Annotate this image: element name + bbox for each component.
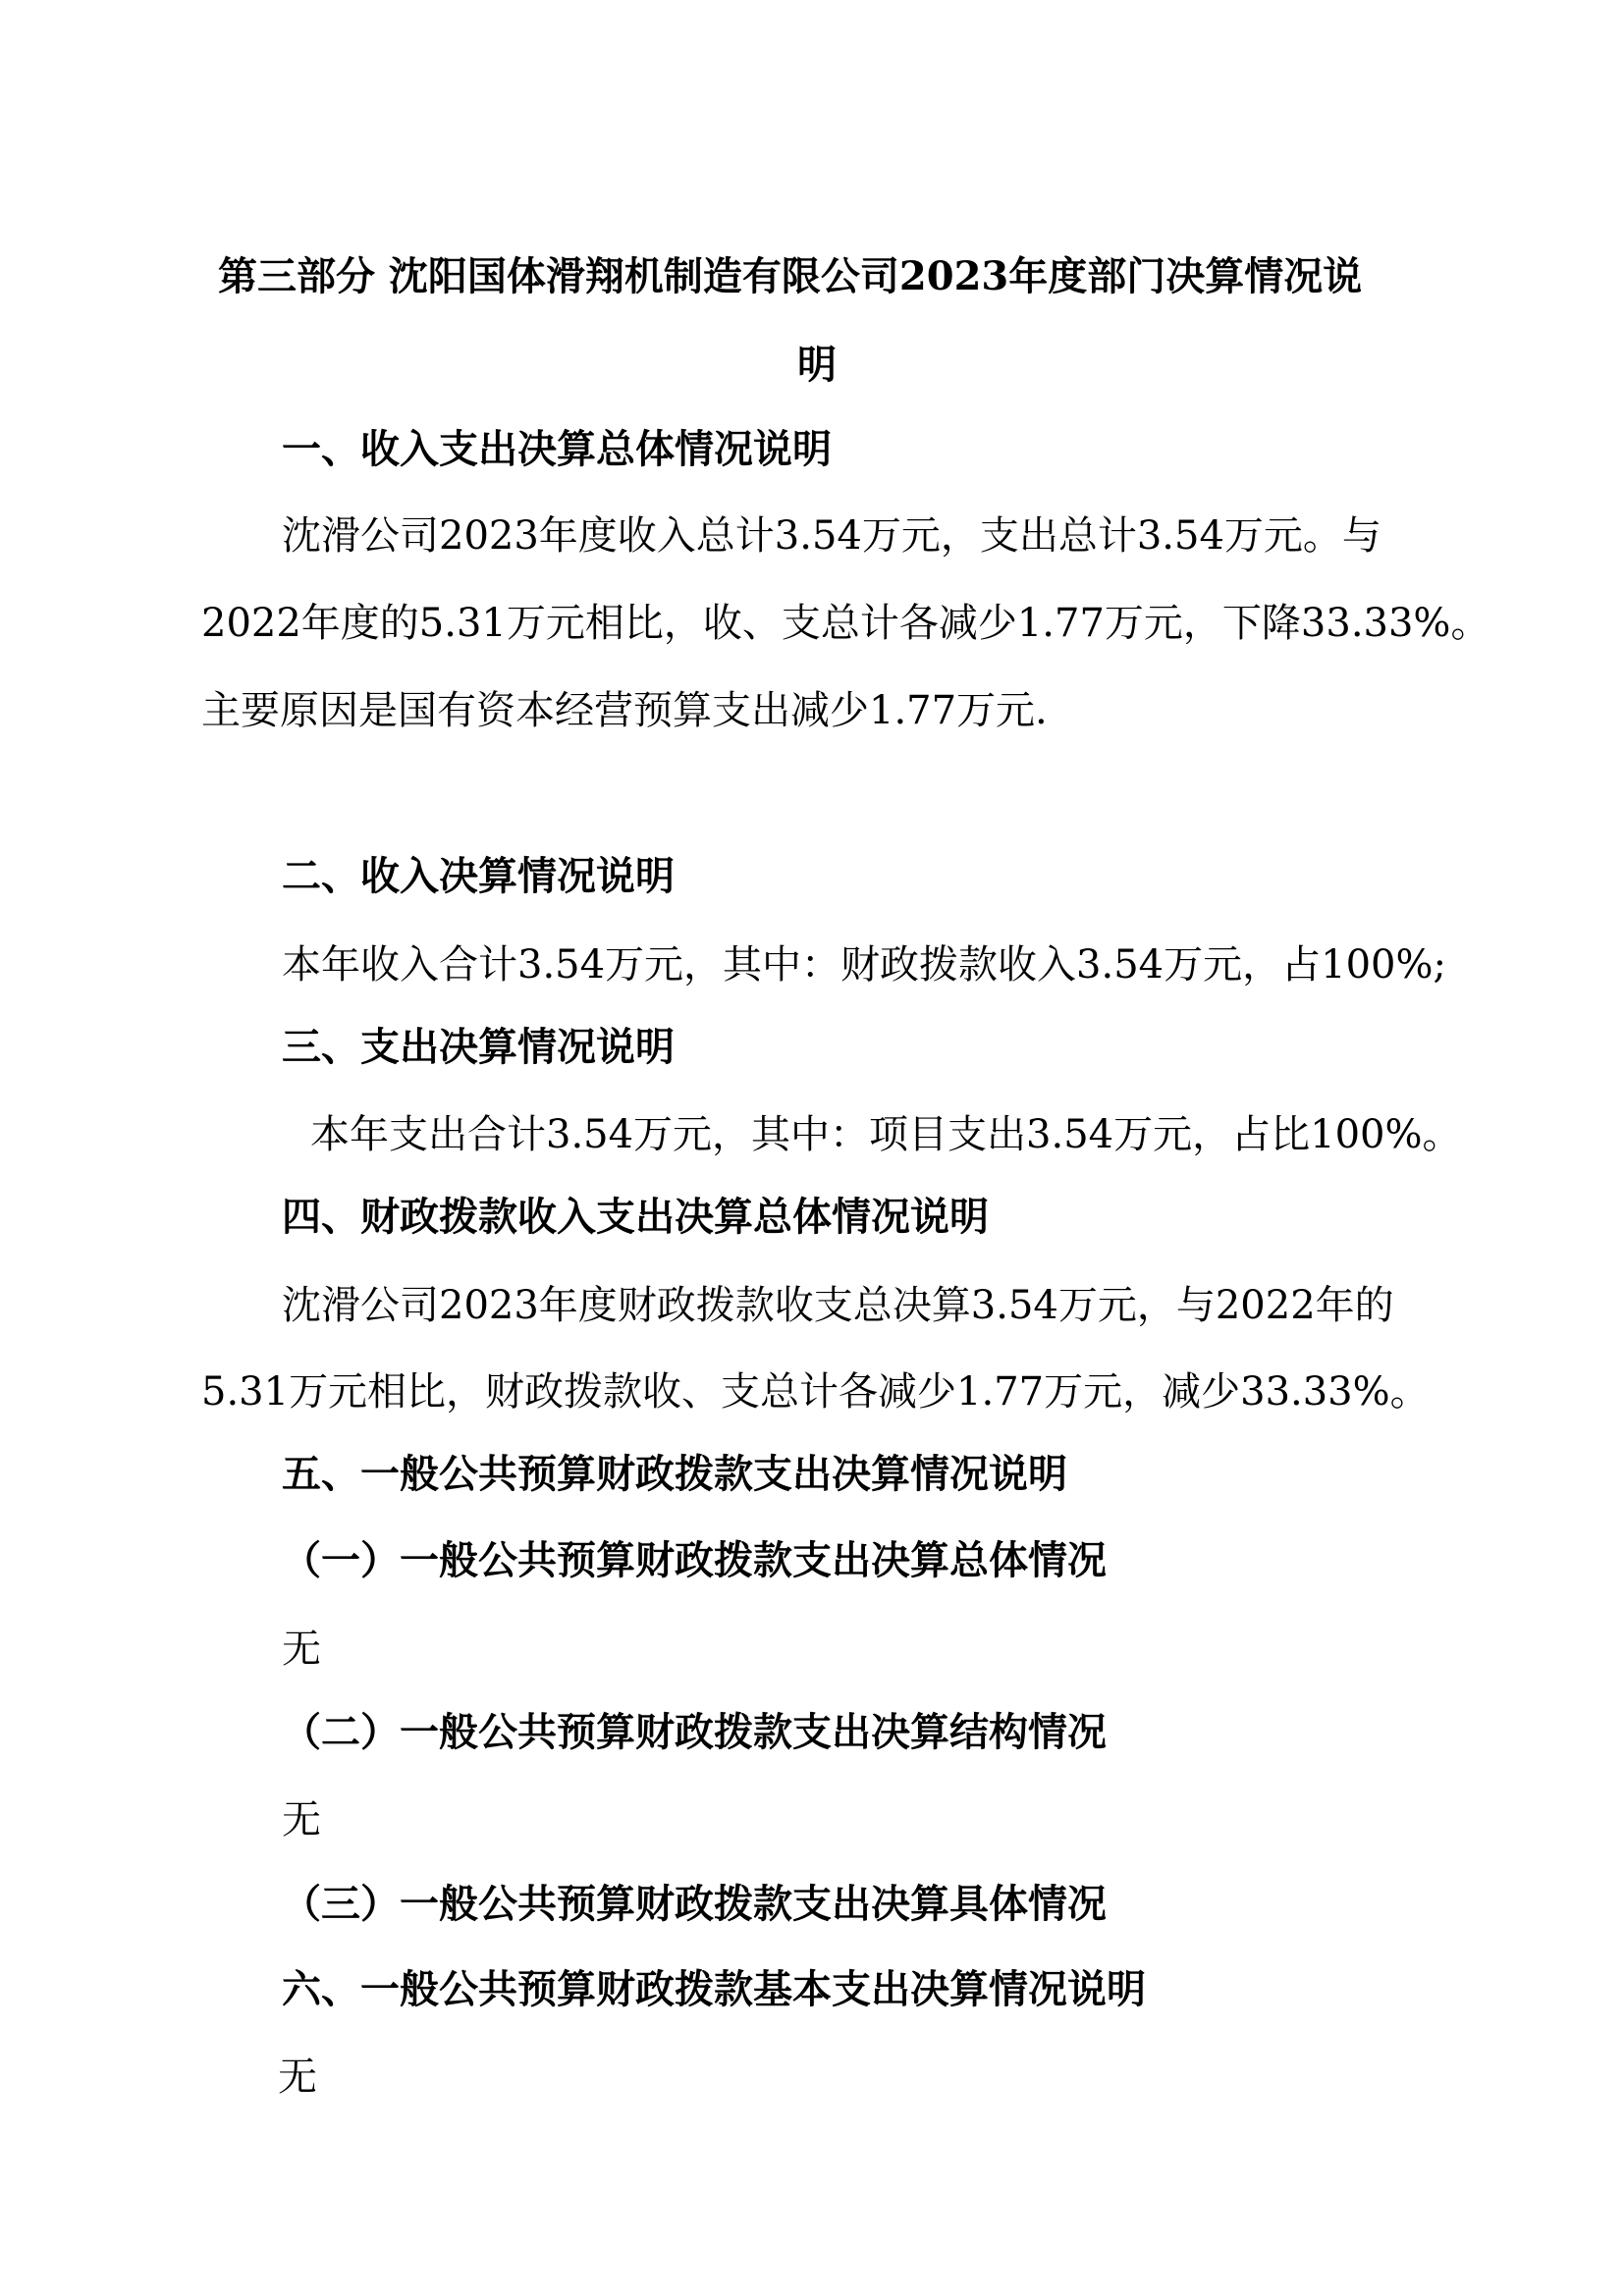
section-3-heading: 三、支出决算情况说明 <box>282 1028 675 1067</box>
section-4-line-2: 5.31万元相比，财政拨款收、支总计各减少1.77万元，减少33.33%。 <box>201 1372 1430 1412</box>
section-3-line-1: 本年支出合计3.54万元，其中：项目支出3.54万元，占比100%。 <box>310 1115 1461 1154</box>
section-1-line-1: 沈滑公司2023年度收入总计3.54万元，支出总计3.54万元。与 <box>282 516 1381 556</box>
subsection-5-2-heading: （二）一般公共预算财政拨款支出决算结构情况 <box>282 1713 1107 1752</box>
section-4-heading: 四、财政拨款收入支出决算总体情况说明 <box>282 1198 989 1237</box>
section-5-heading: 五、一般公共预算财政拨款支出决算情况说明 <box>282 1455 1067 1494</box>
section-6-content: 无 <box>278 2057 317 2097</box>
subsection-5-1-heading: （一）一般公共预算财政拨款支出决算总体情况 <box>282 1541 1107 1580</box>
section-1-line-3: 主要原因是国有资本经营预算支出减少1.77万元. <box>201 691 1048 730</box>
section-4-line-1: 沈滑公司2023年度财政拨款收支总决算3.54万元，与2022年的 <box>282 1286 1394 1325</box>
subsection-5-3-heading: （三）一般公共预算财政拨款支出决算具体情况 <box>282 1885 1107 1924</box>
section-2-heading: 二、收入决算情况说明 <box>282 857 675 896</box>
section-1-line-2: 2022年度的5.31万元相比，收、支总计各减少1.77万元，下降33.33%。 <box>201 604 1489 643</box>
document-title-line1: 第三部分 沈阳国体滑翔机制造有限公司2023年度部门决算情况说 <box>218 257 1362 296</box>
section-1-heading: 一、收入支出决算总体情况说明 <box>282 430 832 469</box>
subsection-5-1-content: 无 <box>282 1629 321 1669</box>
section-6-heading: 六、一般公共预算财政拨款基本支出决算情况说明 <box>282 1970 1146 2009</box>
document-title-line2: 明 <box>797 346 837 385</box>
subsection-5-2-content: 无 <box>282 1800 321 1840</box>
section-2-line-1: 本年收入合计3.54万元，其中：财政拨款收入3.54万元，占100%; <box>282 945 1446 985</box>
